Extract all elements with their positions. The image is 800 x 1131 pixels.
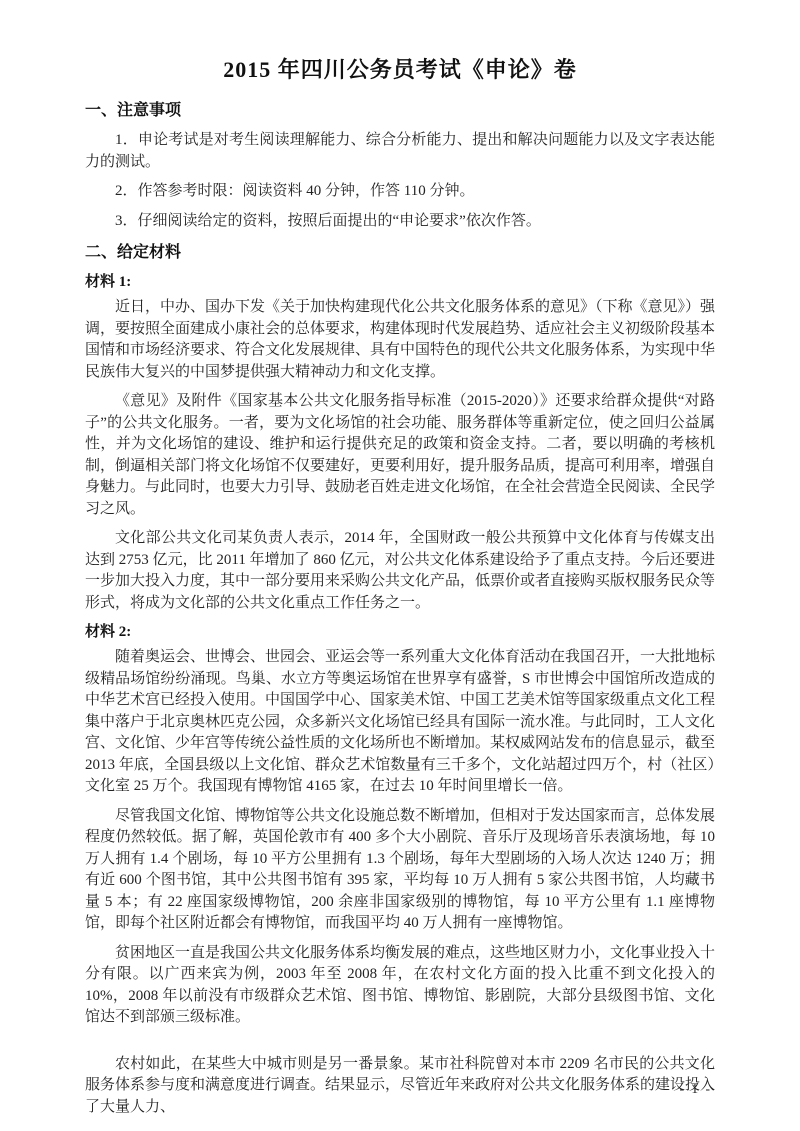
notice-item-3: 3．仔细阅读给定的资料，按照后面提出的“申论要求”依次作答。 bbox=[85, 211, 715, 233]
section-materials-heading: 二、给定材料 bbox=[85, 242, 715, 264]
document-page: 2015 年四川公务员考试《申论》卷 一、注意事项 1．申论考试是对考生阅读理解… bbox=[0, 0, 800, 1131]
material-2-paragraph-4: 农村如此，在某些大中城市则是另一番景象。某市社科院曾对本市 2209 名市民的公… bbox=[85, 1054, 715, 1119]
page-number: - 1 - bbox=[680, 1081, 713, 1097]
material-1-label: 材料 1: bbox=[85, 272, 715, 293]
material-1-paragraph-2: 《意见》及附件《国家基本公共文化服务指导标准（2015-2020）》还要求给群众… bbox=[85, 391, 715, 520]
material-1-paragraph-3: 文化部公共文化司某负责人表示，2014 年，全国财政一般公共预算中文化体育与传媒… bbox=[85, 528, 715, 614]
document-title: 2015 年四川公务员考试《申论》卷 bbox=[85, 54, 715, 86]
material-1-paragraph-1: 近日，中办、国办下发《关于加快构建现代化公共文化服务体系的意见》（下称《意见》）… bbox=[85, 297, 715, 383]
section-notice-heading: 一、注意事项 bbox=[85, 100, 715, 122]
material-2-paragraph-3: 贫困地区一直是我国公共文化服务体系均衡发展的难点，这些地区财力小，文化事业投入十… bbox=[85, 943, 715, 1029]
material-2-label: 材料 2: bbox=[85, 622, 715, 643]
material-2-paragraph-1: 随着奥运会、世博会、世园会、亚运会等一系列重大文化体育活动在我国召开，一大批地标… bbox=[85, 647, 715, 798]
notice-item-1: 1．申论考试是对考生阅读理解能力、综合分析能力、提出和解决问题能力以及文字表达能… bbox=[85, 130, 715, 173]
material-2-paragraph-2: 尽管我国文化馆、博物馆等公共文化设施总数不断增加，但相对于发达国家而言，总体发展… bbox=[85, 806, 715, 935]
notice-item-2: 2．作答参考时限：阅读资料 40 分钟，作答 110 分钟。 bbox=[85, 181, 715, 203]
